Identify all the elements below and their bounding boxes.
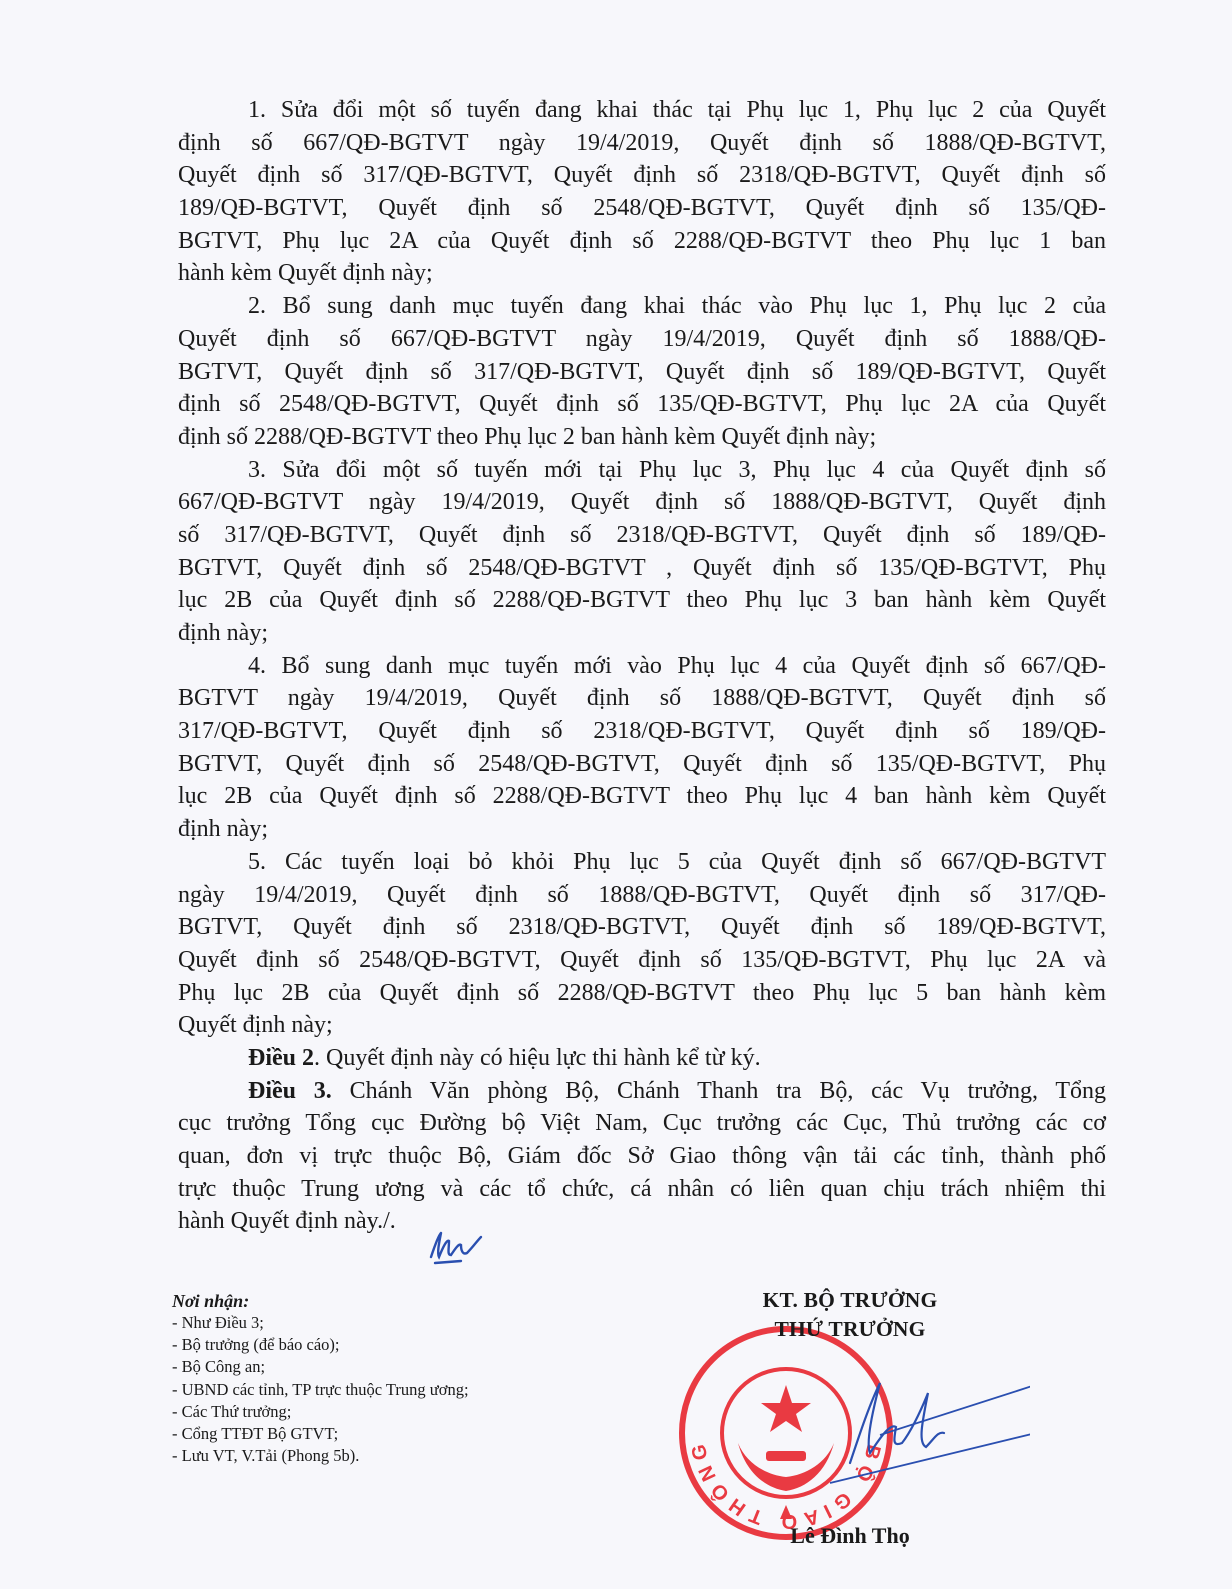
article-3: Điều 3. Chánh Văn phòng Bộ, Chánh Thanh …: [178, 1075, 1106, 1238]
article-3-line: hành Quyết định này./.: [178, 1205, 1106, 1238]
recipient-item: - Bộ trưởng (để báo cáo);: [172, 1334, 592, 1356]
paragraph-line: 3. Sửa đổi một số tuyến mới tại Phụ lục …: [178, 454, 1106, 487]
paragraph-line: định này;: [178, 617, 1106, 650]
article-3-label: Điều 3.: [248, 1078, 332, 1104]
article-3-line: quan, đơn vị trực thuộc Bộ, Giám đốc Sở …: [178, 1140, 1106, 1173]
paragraph-line: Quyết định số 2548/QĐ-BGTVT, Quyết định …: [178, 944, 1106, 977]
paragraph-line: 317/QĐ-BGTVT, Quyết định số 2318/QĐ-BGTV…: [178, 715, 1106, 748]
recipients-title: Nơi nhận:: [172, 1290, 592, 1312]
paragraph-line: định số 2288/QĐ-BGTVT theo Phụ lục 2 ban…: [178, 421, 1106, 454]
paragraph-line: BGTVT, Quyết định số 2548/QĐ-BGTVT, Quyế…: [178, 748, 1106, 781]
paragraph-line: lục 2B của Quyết định số 2288/QĐ-BGTVT t…: [178, 584, 1106, 617]
signer-name: Lê Đình Thọ: [700, 1523, 1000, 1549]
signer-title-line1: KT. BỘ TRƯỞNG: [700, 1288, 1000, 1313]
recipient-item: - UBND các tỉnh, TP trực thuộc Trung ươn…: [172, 1379, 592, 1401]
article-3-first-line: Chánh Văn phòng Bộ, Chánh Thanh tra Bộ, …: [332, 1078, 1106, 1104]
signer-title-line2: THỨ TRƯỞNG: [700, 1317, 1000, 1342]
handwritten-signature-icon: [810, 1343, 1030, 1493]
paragraph-line: 1. Sửa đổi một số tuyến đang khai thác t…: [178, 94, 1106, 127]
recipient-item: - Như Điều 3;: [172, 1312, 592, 1334]
paragraph-line: BGTVT, Phụ lục 2A của Quyết định số 2288…: [178, 225, 1106, 258]
paragraph-line: định số 2548/QĐ-BGTVT, Quyết định số 135…: [178, 388, 1106, 421]
paragraph-line: hành kèm Quyết định này;: [178, 257, 1106, 290]
paragraph-line: định này;: [178, 813, 1106, 846]
recipient-item: - Cổng TTĐT Bộ GTVT;: [172, 1423, 592, 1445]
initials-mark-icon: [427, 1227, 483, 1267]
document-body: 1. Sửa đổi một số tuyến đang khai thác t…: [178, 94, 1106, 1238]
article-1-items: 1. Sửa đổi một số tuyến đang khai thác t…: [178, 94, 1106, 1042]
paragraph-line: 667/QĐ-BGTVT ngày 19/4/2019, Quyết định …: [178, 486, 1106, 519]
paragraph-line: BGTVT, Quyết định số 317/QĐ-BGTVT, Quyết…: [178, 356, 1106, 389]
article-2-text: . Quyết định này có hiệu lực thi hành kể…: [314, 1045, 761, 1071]
paragraph-line: BGTVT, Quyết định số 2548/QĐ-BGTVT , Quy…: [178, 552, 1106, 585]
recipient-item: - Bộ Công an;: [172, 1356, 592, 1378]
article-1-item-4: 4. Bổ sung danh mục tuyến mới vào Phụ lụ…: [178, 650, 1106, 846]
paragraph-line: Phụ lục 2B của Quyết định số 2288/QĐ-BGT…: [178, 977, 1106, 1010]
paragraph-line: số 317/QĐ-BGTVT, Quyết định số 2318/QĐ-B…: [178, 519, 1106, 552]
article-1-item-3: 3. Sửa đổi một số tuyến mới tại Phụ lục …: [178, 454, 1106, 650]
article-1-item-5: 5. Các tuyến loại bỏ khỏi Phụ lục 5 của …: [178, 846, 1106, 1042]
article-2-label: Điều 2: [248, 1045, 314, 1071]
signature-block: KT. BỘ TRƯỞNG THỨ TRƯỞNG BỘ GIAO THÔNG V…: [700, 1283, 1000, 1573]
paragraph-line: BGTVT ngày 19/4/2019, Quyết định số 1888…: [178, 682, 1106, 715]
recipients-list: Nơi nhận: - Như Điều 3; - Bộ trưởng (để …: [172, 1290, 592, 1467]
document-page: 1. Sửa đổi một số tuyến đang khai thác t…: [0, 0, 1232, 1589]
paragraph-line: 4. Bổ sung danh mục tuyến mới vào Phụ lụ…: [178, 650, 1106, 683]
paragraph-line: Quyết định này;: [178, 1009, 1106, 1042]
recipient-item: - Lưu VT, V.Tải (Phong 5b).: [172, 1445, 592, 1467]
article-3-line: trực thuộc Trung ương và các tổ chức, cá…: [178, 1173, 1106, 1206]
paragraph-line: 189/QĐ-BGTVT, Quyết định số 2548/QĐ-BGTV…: [178, 192, 1106, 225]
article-2: Điều 2. Quyết định này có hiệu lực thi h…: [178, 1042, 1106, 1075]
recipient-item: - Các Thứ trưởng;: [172, 1401, 592, 1423]
article-1-item-2: 2. Bổ sung danh mục tuyến đang khai thác…: [178, 290, 1106, 453]
paragraph-line: BGTVT, Quyết định số 2318/QĐ-BGTVT, Quyế…: [178, 911, 1106, 944]
paragraph-line: định số 667/QĐ-BGTVT ngày 19/4/2019, Quy…: [178, 127, 1106, 160]
paragraph-line: ngày 19/4/2019, Quyết định số 1888/QĐ-BG…: [178, 879, 1106, 912]
paragraph-line: 5. Các tuyến loại bỏ khỏi Phụ lục 5 của …: [178, 846, 1106, 879]
paragraph-line: Quyết định số 317/QĐ-BGTVT, Quyết định s…: [178, 159, 1106, 192]
article-1-item-1: 1. Sửa đổi một số tuyến đang khai thác t…: [178, 94, 1106, 290]
paragraph-line: 2. Bổ sung danh mục tuyến đang khai thác…: [178, 290, 1106, 323]
paragraph-line: lục 2B của Quyết định số 2288/QĐ-BGTVT t…: [178, 780, 1106, 813]
paragraph-line: Quyết định số 667/QĐ-BGTVT ngày 19/4/201…: [178, 323, 1106, 356]
article-3-line: cục trưởng Tổng cục Đường bộ Việt Nam, C…: [178, 1107, 1106, 1140]
